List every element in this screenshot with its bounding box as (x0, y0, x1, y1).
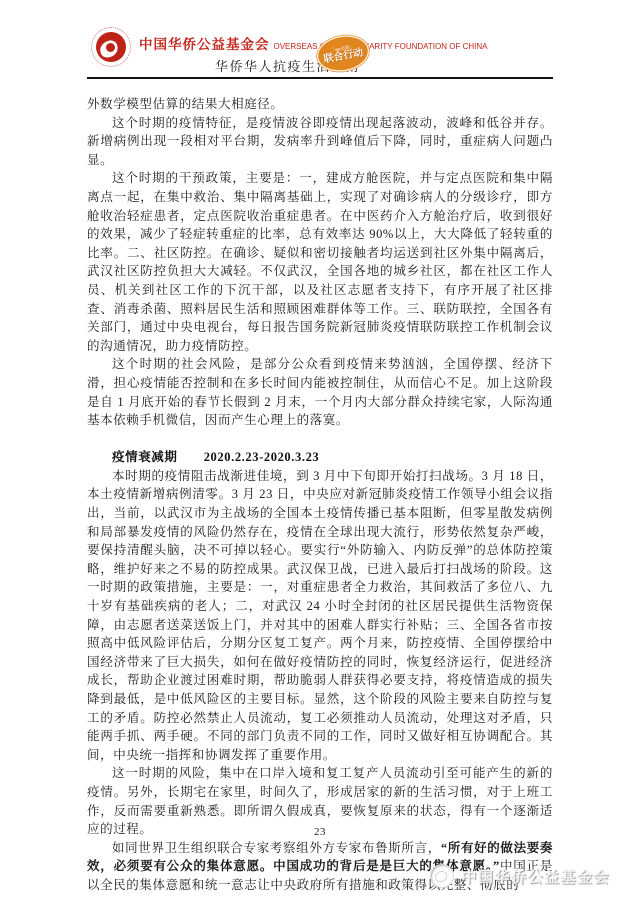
text-segment: 这个时期的社会风险，是部分公众看到疫情来势汹汹，全国停摆、经济下滑，担心疫情能否… (87, 357, 553, 427)
body-paragraph: 这个时期的干预政策，主要是：一，建成方舱医院，并与定点医院和集中隔离点一起，在集… (87, 169, 553, 355)
document-page: 中国华侨公益基金会 OVERSEAS CHINESE CHARITY FOUND… (0, 0, 640, 905)
page-number: 23 (0, 826, 640, 838)
text-segment: 本时期的疫情阻击战渐进佳境，到 3 月中下旬即开始打扫战场。3 月 18 日，本… (87, 469, 553, 762)
page-header: 中国华侨公益基金会 OVERSEAS CHINESE CHARITY FOUND… (87, 27, 553, 79)
body-paragraph: 外数学模型估算的结果大相庭径。 (87, 95, 553, 114)
emblem-disc (96, 32, 126, 62)
text-segment: 这个时期的疫情特征，是疫情波谷即疫情出现起落波动，波峰和低谷并存。新增病例出现一… (87, 116, 553, 167)
text-segment: 这个时期的干预政策，主要是：一，建成方舱医院，并与定点医院和集中隔离点一起，在集… (87, 171, 553, 352)
body-paragraph: 本时期的疫情阻击战渐进佳境，到 3 月中下旬即开始打扫战场。3 月 18 日，本… (87, 467, 553, 765)
body-content: 外数学模型估算的结果大相庭径。这个时期的疫情特征，是疫情波谷即疫情出现起落波动，… (87, 95, 553, 895)
foundation-name: 中国华侨公益基金会 (139, 37, 270, 52)
bold-text-segment: 疫情衰减期 2020.2.23-2020.3.23 (112, 450, 319, 464)
foundation-emblem-icon (91, 27, 131, 67)
footer-watermark: 中国华侨公益基金会 (430, 864, 610, 888)
watermark-text: 中国华侨公益基金会 (461, 866, 610, 887)
text-segment: 外数学模型估算的结果大相庭径。 (87, 97, 284, 111)
section-heading: 疫情衰减期 2020.2.23-2020.3.23 (87, 448, 553, 467)
body-paragraph: 这个时期的社会风险，是部分公众看到疫情来势汹汹，全国停摆、经济下滑，担心疫情能否… (87, 355, 553, 429)
foundation-name-block: 中国华侨公益基金会 OVERSEAS CHINESE CHARITY FOUND… (139, 27, 487, 54)
text-segment: 如同世界卫生组织联合专家考察组外方专家布鲁斯所言， (112, 841, 441, 855)
foundation-name-en: OVERSEAS CHINESE CHARITY FOUNDATION OF C… (274, 42, 488, 51)
body-paragraph: 这个时期的疫情特征，是疫情波谷即疫情出现起落波动，波峰和低谷并存。新增病例出现一… (87, 114, 553, 170)
watermark-logo-icon (430, 864, 454, 888)
